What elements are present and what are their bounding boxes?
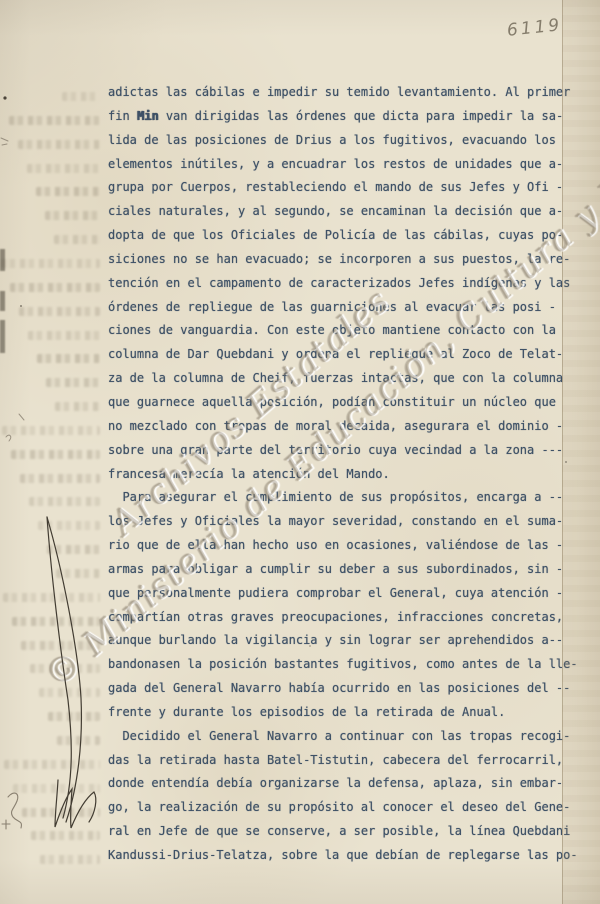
bleedthrough-ghost-line bbox=[46, 378, 100, 387]
text-line: compartían otras graves preocupaciones, … bbox=[108, 606, 590, 630]
scan-edge-mark bbox=[0, 249, 5, 271]
text-line: elementos inútiles, y a encuadrar los re… bbox=[108, 153, 590, 177]
bleedthrough-ghost-line bbox=[1, 259, 100, 268]
bleedthrough-ghost-line bbox=[9, 116, 100, 125]
text-line: grupa por Cuerpos, restableciendo el man… bbox=[108, 176, 590, 200]
text-line: donde entendía debía organizarse la defe… bbox=[108, 772, 590, 796]
pencil-mark-mid-left bbox=[1, 138, 24, 441]
text-line: bandonasen la posición bastantes fugitiv… bbox=[108, 653, 590, 677]
bleedthrough-ghost-line bbox=[13, 784, 100, 793]
text-line: ciales naturales, y al segundo, se encam… bbox=[108, 200, 590, 224]
bleedthrough-ghost-line bbox=[4, 760, 100, 769]
pencil-squiggle-bottom-left bbox=[2, 793, 21, 829]
text-line: no mezclado con tropas de moral decaida,… bbox=[108, 415, 590, 439]
bleedthrough-ghost-line bbox=[3, 593, 100, 602]
text-line: los Jefes y Oficiales la mayor severidad… bbox=[108, 510, 590, 534]
bleedthrough-ghost-line bbox=[37, 354, 100, 363]
text-line: Para asegurar el cumplimiento de sus pro… bbox=[108, 486, 590, 510]
bleedthrough-ghost-line bbox=[2, 426, 100, 435]
bleedthrough-ghost-line bbox=[31, 831, 100, 840]
text-line: gada del General Navarro había ocurrido … bbox=[108, 677, 590, 701]
text-line: za de la columna de Cheif, fuerzas intac… bbox=[108, 367, 590, 391]
text-line: francesa merecía la atención del Mando. bbox=[108, 463, 590, 487]
text-line: adictas las cábilas e impedir su temido … bbox=[108, 81, 590, 105]
bleedthrough-ghost-line bbox=[30, 664, 100, 673]
bleedthrough-ghost-line bbox=[20, 474, 100, 483]
text-line: go, la realización de su propósito al co… bbox=[108, 796, 590, 820]
text-line: ciones de vanguardia. Con este objeto ma… bbox=[108, 319, 590, 343]
bleedthrough-ghost-line bbox=[38, 521, 100, 530]
text-line: rio que de ella han hecho uso en ocasion… bbox=[108, 534, 590, 558]
scan-edge-mark bbox=[0, 291, 5, 311]
bleedthrough-ghost-line bbox=[36, 187, 100, 196]
bleedthrough-ghost-line bbox=[55, 402, 100, 411]
text-line: fin Min van dirigidas las órdenes que di… bbox=[108, 105, 590, 129]
text-line: dopta de que los Oficiales de Policía de… bbox=[108, 224, 590, 248]
text-line: siciones no se han evacuado; se incorpor… bbox=[108, 248, 590, 272]
page-number-annotation: 6119 bbox=[506, 15, 563, 41]
text-line: Decidido el General Navarro a continuar … bbox=[108, 725, 590, 749]
text-line: que personalmente pudiera comprobar el G… bbox=[108, 582, 590, 606]
text-line: columna de Dar Quebdani y ordena el repl… bbox=[108, 343, 590, 367]
paper-edge-crease bbox=[562, 0, 600, 904]
bleedthrough-ghost-line bbox=[21, 641, 100, 650]
bleedthrough-ghost-line bbox=[39, 688, 100, 697]
bleedthrough-ghost-line bbox=[19, 307, 100, 316]
text-line: tención en el campamento de caracterizad… bbox=[108, 272, 590, 296]
pen-stroke-left-margin bbox=[47, 517, 96, 828]
typewritten-text-block: adictas las cábilas e impedir su temido … bbox=[108, 81, 590, 868]
bleedthrough-ghost-line bbox=[40, 855, 100, 864]
bleedthrough-ghost-line bbox=[29, 497, 100, 506]
text-line: das la retirada hasta Batel-Tistutin, ca… bbox=[108, 749, 590, 773]
text-line: aunque burlando la vigilancia y sin logr… bbox=[108, 629, 590, 653]
bleedthrough-ghost-line bbox=[45, 211, 100, 220]
text-line: sobre una gran parte del territorio cuya… bbox=[108, 439, 590, 463]
bleedthrough-ghost-line bbox=[22, 808, 100, 817]
text-line: Kandussi-Drius-Telatza, sobre la que deb… bbox=[108, 844, 590, 868]
bleedthrough-ghost-line bbox=[62, 92, 100, 101]
text-line: frente y durante los episodios de la ret… bbox=[108, 701, 590, 725]
bleedthrough-ghost-line bbox=[57, 736, 100, 745]
text-line: armas para obligar a cumplir su deber a … bbox=[108, 558, 590, 582]
bleedthrough-ghost-line bbox=[47, 545, 100, 554]
bleedthrough-ghost-line bbox=[18, 140, 100, 149]
bleedthrough-ghost-line bbox=[10, 283, 100, 292]
scan-edge-mark bbox=[0, 320, 5, 353]
text-line: lida de las posiciones de Drius a los fu… bbox=[108, 129, 590, 153]
bleedthrough-ghost-line bbox=[27, 164, 100, 173]
overstruck-word: Min bbox=[137, 109, 159, 123]
bleedthrough-ghost-line bbox=[56, 569, 100, 578]
bleedthrough-ghost-line bbox=[54, 235, 100, 244]
scanned-document-page: 6119 adictas las cábilas e impedir su te… bbox=[0, 0, 600, 904]
bleedthrough-ghost-line bbox=[12, 617, 100, 626]
bleedthrough-ghost-line bbox=[48, 712, 100, 721]
bleedthrough-ghost-line bbox=[11, 450, 100, 459]
bleedthrough-ghost-line bbox=[28, 331, 100, 340]
text-line: ral en Jefe de que se conserve, a ser po… bbox=[108, 820, 590, 844]
text-line: que guarnece aquella posición, podían co… bbox=[108, 391, 590, 415]
text-line: órdenes de repliegue de las guarniciones… bbox=[108, 296, 590, 320]
